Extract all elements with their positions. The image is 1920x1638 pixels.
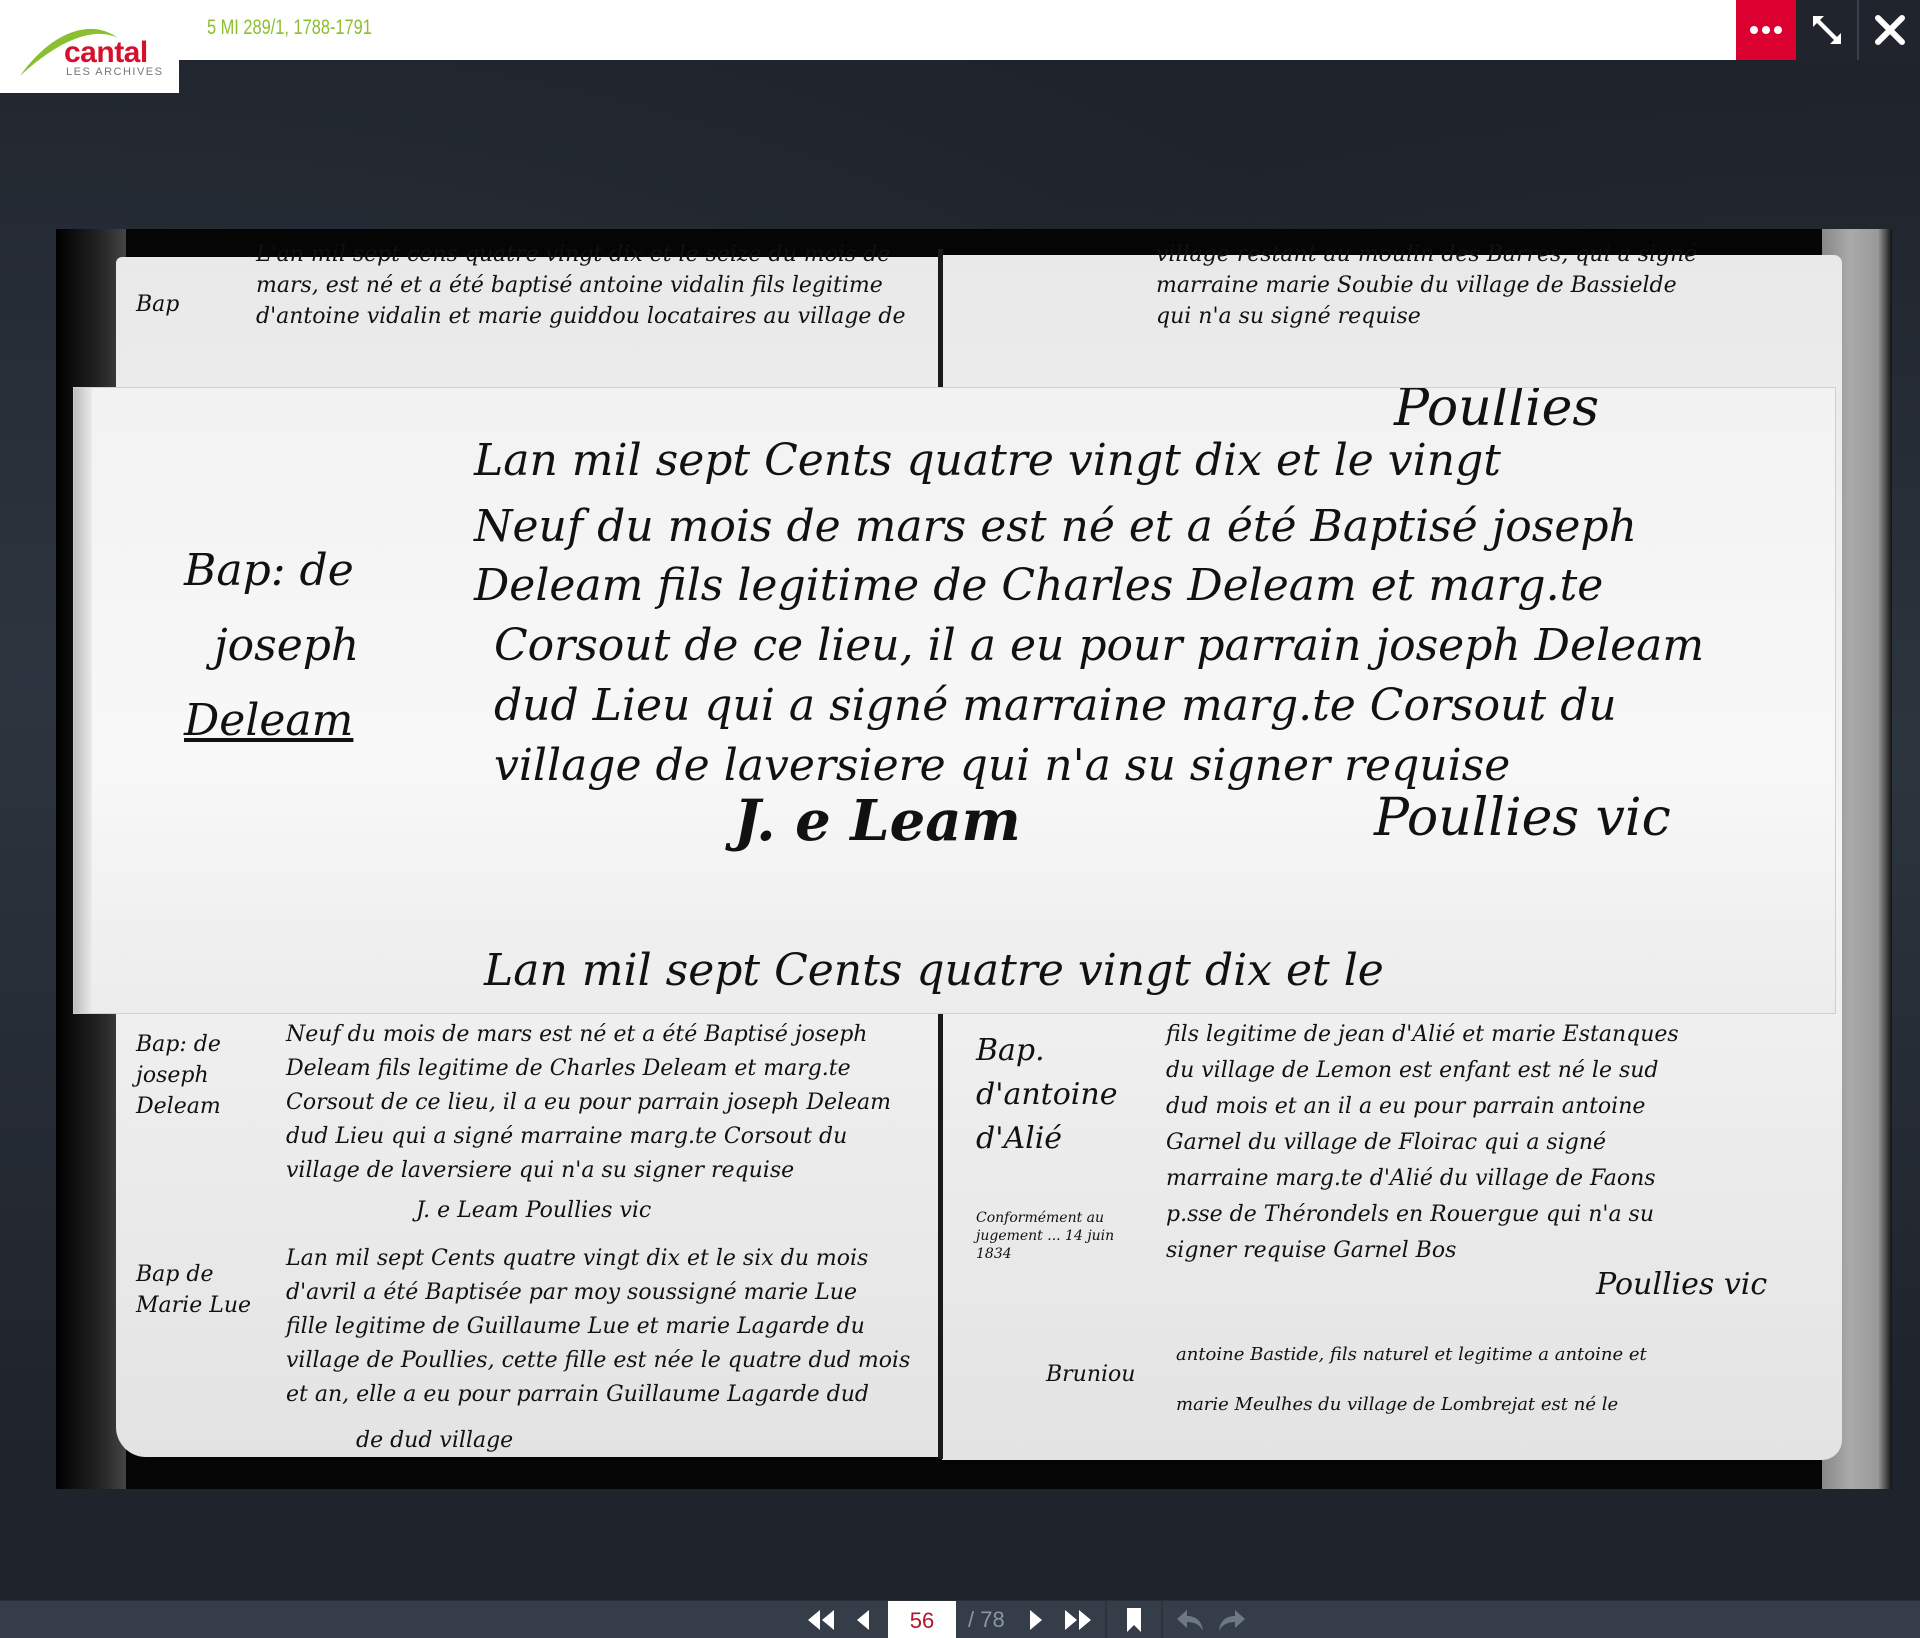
handwriting-line: et an, elle a eu pour parrain Guillaume …: [286, 1379, 869, 1410]
more-dots-icon: [1774, 26, 1782, 34]
margin-annotation: Conformément au jugement ... 14 juin 183…: [976, 1209, 1146, 1263]
margin-note: Bap: de joseph Deleam: [136, 1029, 256, 1122]
signature: Poullies vic: [1374, 788, 1671, 848]
handwriting-line: de dud village: [356, 1425, 513, 1456]
handwriting-line: dud Lieu qui a signé marraine marg.te Co…: [286, 1121, 847, 1152]
title-bar: 5 MI 289/1, 1788-1791: [179, 0, 1736, 60]
signature: J. e Leam: [734, 788, 1021, 854]
divider: [1161, 1601, 1163, 1638]
handwriting-line: d'antoine vidalin et marie guiddou locat…: [256, 301, 906, 332]
handwriting-line: Corsout de ce lieu, il a eu pour parrain…: [494, 613, 1704, 679]
handwriting-line: qui n'a su signé requise: [1156, 301, 1421, 332]
margin-note: Bap: de: [184, 538, 354, 604]
handwriting-line: Neuf du mois de mars est né et a été Bap…: [286, 1019, 867, 1050]
handwriting-line: mars, est né et a été baptisé antoine vi…: [256, 270, 883, 301]
margin-note: joseph: [214, 613, 359, 679]
handwriting-line: Deleam fils legitime de Charles Deleam e…: [286, 1053, 851, 1084]
margin-note: Bap de Marie Lue: [136, 1259, 256, 1321]
current-page-input[interactable]: 56: [888, 1601, 956, 1638]
more-dots-icon: [1762, 26, 1770, 34]
handwriting-line: dud mois et an il a eu pour parrain anto…: [1166, 1091, 1645, 1122]
handwriting-line: Lan mil sept Cents quatre vingt dix et l…: [286, 1243, 868, 1274]
handwriting-line: L'an mil sept cens quatre vingt dix et l…: [256, 239, 890, 270]
more-options-button[interactable]: [1736, 0, 1796, 60]
signature: Bruniou: [1046, 1359, 1135, 1390]
handwriting-line: marraine marg.te d'Alié du village de Fa…: [1166, 1163, 1656, 1194]
pagination-controls: 56 / 78: [800, 1601, 1253, 1638]
total-pages: / 78: [968, 1607, 1005, 1633]
bookmark-button[interactable]: [1113, 1601, 1155, 1638]
handwriting-line: marraine marie Soubie du village de Bass…: [1156, 270, 1677, 301]
archives-logo[interactable]: cantal LES ARCHIVES: [0, 0, 179, 93]
margin-note: Bap. d'antoine d'Alié: [976, 1029, 1146, 1161]
handwriting-line: Corsout de ce lieu, il a eu pour parrain…: [286, 1087, 891, 1118]
divider: [1105, 1601, 1107, 1638]
previous-page-button[interactable]: [842, 1601, 884, 1638]
margin-note: Bap: [136, 289, 179, 320]
undo-button[interactable]: [1169, 1601, 1211, 1638]
handwriting-line: dud Lieu qui a signé marraine marg.te Co…: [494, 673, 1617, 739]
signature: J. e Leam Poullies vic: [416, 1195, 651, 1226]
last-page-button[interactable]: [1057, 1601, 1099, 1638]
margin-note: Deleam: [184, 688, 353, 754]
handwriting-line: d'avril a été Baptisée par moy soussigné…: [286, 1277, 857, 1308]
magnifier-edge: [74, 388, 92, 1013]
handwriting-line: Neuf du mois de mars est né et a été Bap…: [474, 494, 1637, 560]
handwriting-line: Deleam fils legitime de Charles Deleam e…: [474, 553, 1603, 619]
handwriting-line: village de Poullies, cette fille est née…: [286, 1345, 910, 1376]
signature: Poullies: [1394, 388, 1599, 438]
logo-wordmark: cantal: [64, 36, 148, 70]
handwriting-line: Lan mil sept Cents quatre vingt dix et l…: [474, 428, 1501, 494]
handwriting-line: du village de Lemon est enfant est né le…: [1166, 1055, 1659, 1086]
pagination-bar: 56 / 78: [0, 1600, 1920, 1638]
signature: Poullies vic: [1596, 1269, 1767, 1300]
triangle-left-icon: [854, 1608, 872, 1632]
redo-button[interactable]: [1211, 1601, 1253, 1638]
handwriting-line: fils legitime de jean d'Alié et marie Es…: [1166, 1019, 1679, 1050]
undo-arrow-icon: [1175, 1608, 1205, 1632]
handwriting-line: signer requise Garnel Bos: [1166, 1235, 1456, 1266]
magnifier-overlay[interactable]: Bap: de joseph Deleam Lan mil sept Cents…: [74, 388, 1835, 1013]
redo-arrow-icon: [1217, 1608, 1247, 1632]
handwriting-line: antoine Bastide, fils naturel et legitim…: [1176, 1339, 1647, 1370]
handwriting-line: Lan mil sept Cents quatre vingt dix et l…: [484, 938, 1384, 1004]
triangle-right-icon: [1027, 1608, 1045, 1632]
handwriting-line: marie Meulhes du village de Lombrejat es…: [1176, 1389, 1618, 1420]
fullscreen-button[interactable]: [1797, 0, 1859, 60]
handwriting-line: fille legitime de Guillaume Lue et marie…: [286, 1311, 865, 1342]
double-chevron-right-icon: [1063, 1608, 1093, 1632]
next-page-button[interactable]: [1015, 1601, 1057, 1638]
close-icon: [1874, 14, 1906, 46]
document-title: 5 MI 289/1, 1788-1791: [207, 16, 372, 40]
first-page-button[interactable]: [800, 1601, 842, 1638]
bookmark-icon: [1125, 1607, 1143, 1633]
handwriting-line: Garnel du village de Floirac qui a signé: [1166, 1127, 1606, 1158]
handwriting-line: village restant au moulin des Barres, qu…: [1156, 239, 1697, 270]
close-button[interactable]: [1859, 0, 1920, 60]
logo-subtitle: LES ARCHIVES: [66, 66, 163, 78]
handwriting-line: p.sse de Thérondels en Rouergue qui n'a …: [1166, 1199, 1654, 1230]
double-chevron-left-icon: [806, 1608, 836, 1632]
handwriting-line: village de laversiere qui n'a su signer …: [286, 1155, 794, 1186]
expand-arrows-icon: [1810, 13, 1844, 47]
more-dots-icon: [1750, 26, 1758, 34]
